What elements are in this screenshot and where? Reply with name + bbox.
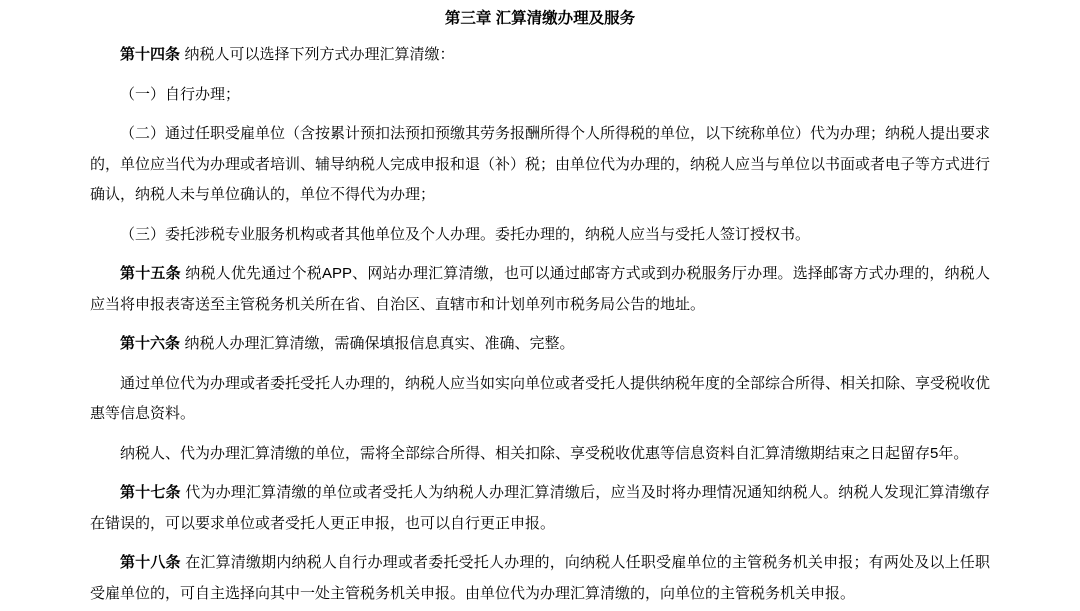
paragraph: 第十七条代为办理汇算清缴的单位或者受托人为纳税人办理汇算清缴后，应当及时将办理情… (90, 478, 990, 539)
article-number: 第十八条 (120, 554, 181, 571)
paragraph: （一）自行办理； (90, 80, 990, 111)
paragraph-text: （二）通过任职受雇单位（含按累计预扣法预扣预缴其劳务报酬所得个人所得税的单位，以… (90, 125, 990, 203)
paragraph-text: 纳税人优先通过个税APP、网站办理汇算清缴，也可以通过邮寄方式或到办税服务厅办理… (90, 265, 990, 313)
paragraph: （二）通过任职受雇单位（含按累计预扣法预扣预缴其劳务报酬所得个人所得税的单位，以… (90, 119, 990, 211)
paragraph-text: 纳税人、代为办理汇算清缴的单位，需将全部综合所得、相关扣除、享受税收优惠等信息资… (120, 445, 968, 462)
paragraph-text: 通过单位代为办理或者委托受托人办理的，纳税人应当如实向单位或者受托人提供纳税年度… (90, 375, 990, 423)
paragraph: 纳税人、代为办理汇算清缴的单位，需将全部综合所得、相关扣除、享受税收优惠等信息资… (90, 439, 990, 470)
paragraph: 通过单位代为办理或者委托受托人办理的，纳税人应当如实向单位或者受托人提供纳税年度… (90, 369, 990, 430)
article-number: 第十六条 (120, 335, 180, 352)
paragraph-text: 纳税人可以选择下列方式办理汇算清缴： (185, 46, 455, 63)
paragraph-list: 第十四条纳税人可以选择下列方式办理汇算清缴： （一）自行办理； （二）通过任职受… (90, 40, 990, 609)
paragraph: 第十四条纳税人可以选择下列方式办理汇算清缴： (90, 40, 990, 71)
paragraph-text: （三）委托涉税专业服务机构或者其他单位及个人办理。委托办理的，纳税人应当与受托人… (120, 226, 810, 243)
paragraph: （三）委托涉税专业服务机构或者其他单位及个人办理。委托办理的，纳税人应当与受托人… (90, 220, 990, 251)
paragraph-text: （一）自行办理； (120, 86, 240, 103)
paragraph: 第十五条纳税人优先通过个税APP、网站办理汇算清缴，也可以通过邮寄方式或到办税服… (90, 259, 990, 320)
chapter-title: 第三章 汇算清缴办理及服务 (90, 8, 990, 30)
paragraph-text: 在汇算清缴期内纳税人自行办理或者委托受托人办理的，向纳税人任职受雇单位的主管税务… (90, 554, 990, 602)
paragraph-text: 纳税人办理汇算清缴，需确保填报信息真实、准确、完整。 (185, 335, 575, 352)
paragraph: 第十八条在汇算清缴期内纳税人自行办理或者委托受托人办理的，向纳税人任职受雇单位的… (90, 548, 990, 609)
paragraph: 第十六条纳税人办理汇算清缴，需确保填报信息真实、准确、完整。 (90, 329, 990, 360)
article-number: 第十五条 (120, 265, 181, 282)
article-number: 第十四条 (120, 46, 180, 63)
article-number: 第十七条 (120, 484, 181, 501)
document-page: 第三章 汇算清缴办理及服务 第十四条纳税人可以选择下列方式办理汇算清缴： （一）… (90, 8, 990, 609)
paragraph-text: 代为办理汇算清缴的单位或者受托人为纳税人办理汇算清缴后，应当及时将办理情况通知纳… (90, 484, 990, 532)
